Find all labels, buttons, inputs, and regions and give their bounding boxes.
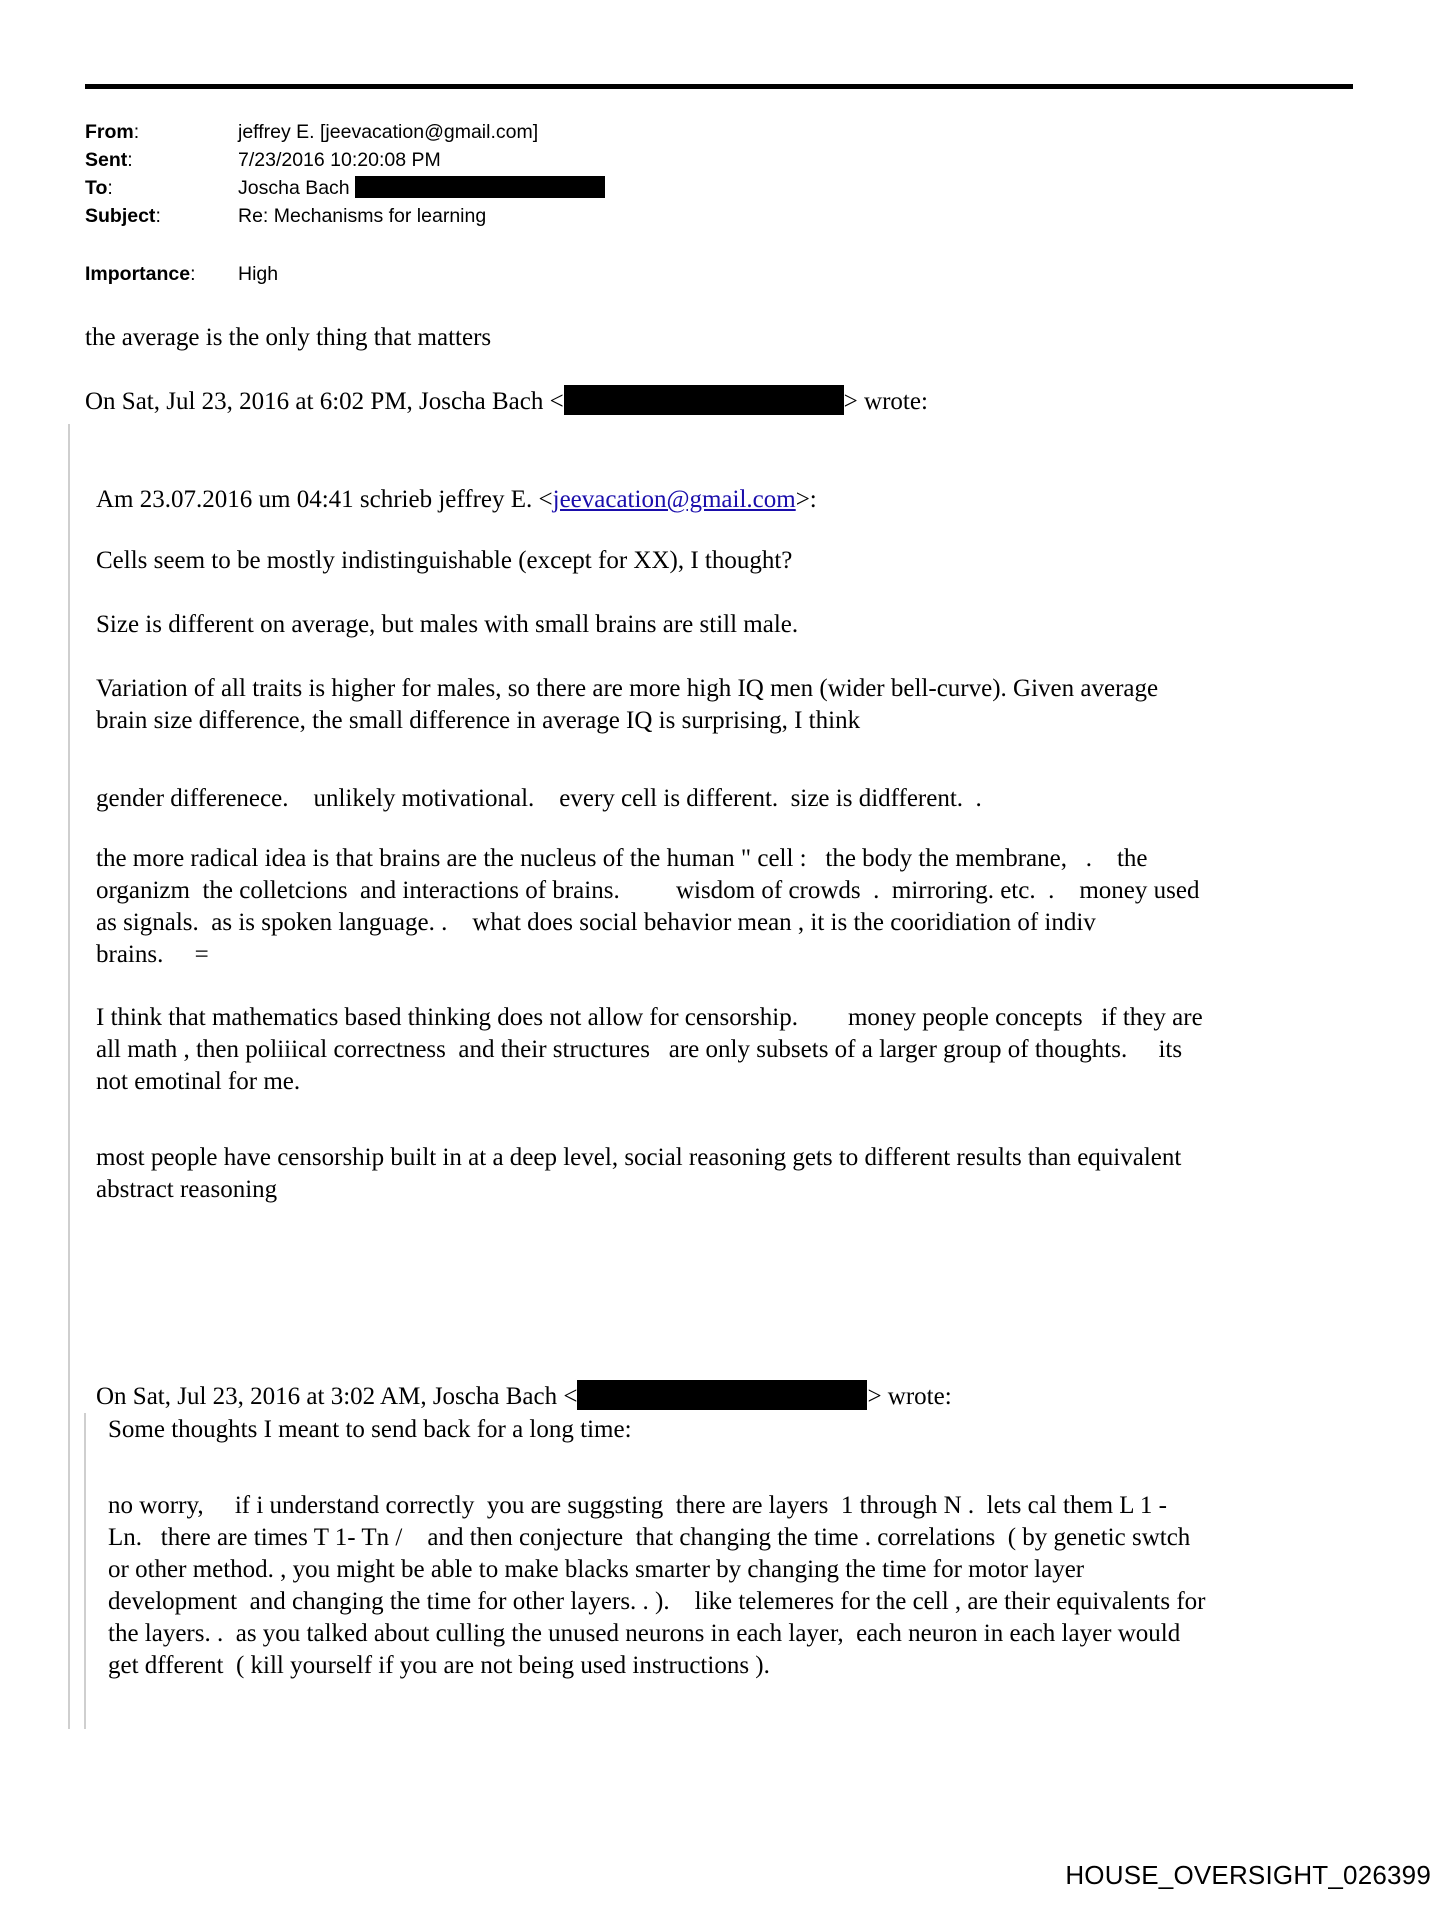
to-value: Joscha Bach (238, 174, 605, 202)
colon: : (190, 263, 195, 285)
colon: : (134, 121, 139, 143)
quote1-attribution: On Sat, Jul 23, 2016 at 6:02 PM, Joscha … (85, 386, 928, 418)
sent-value: 7/23/2016 10:20:08 PM (238, 146, 441, 174)
attribution-wrote: > wrote: (867, 1383, 951, 1410)
colon: : (107, 177, 112, 199)
attribution-text: Am 23.07.2016 um 04:41 schrieb jeffrey E… (96, 486, 553, 513)
from-value: jeffrey E. [jeevacation@gmail.com] (238, 118, 538, 146)
sent-label: Sent: (85, 146, 133, 174)
to-name: Joscha Bach (238, 177, 350, 199)
to-label-text: To (85, 177, 107, 199)
importance-label: Importance: (85, 260, 196, 288)
email-header: From: jeffrey E. [jeevacation@gmail.com]… (85, 118, 785, 298)
paragraph-radical-idea: the more radical idea is that brains are… (96, 843, 1199, 971)
header-rule (85, 84, 1353, 89)
german-attribution: Am 23.07.2016 um 04:41 schrieb jeffrey E… (96, 484, 817, 516)
to-row: To: Joscha Bach (85, 174, 785, 202)
to-label: To: (85, 174, 113, 202)
importance-row: Importance: High (85, 260, 785, 288)
from-label: From: (85, 118, 139, 146)
attribution-wrote: > wrote: (844, 388, 928, 415)
from-row: From: jeffrey E. [jeevacation@gmail.com] (85, 118, 785, 146)
paragraph-gender: gender differenece. unlikely motivationa… (96, 783, 982, 815)
sent-label-text: Sent (85, 149, 127, 171)
attribution-end: >: (796, 486, 817, 513)
paragraph-cells: Cells seem to be mostly indistinguishabl… (96, 545, 792, 577)
colon: : (155, 205, 160, 227)
paragraph-variation: Variation of all traits is higher for ma… (96, 673, 1158, 737)
subject-row: Subject: Re: Mechanisms for learning (85, 202, 785, 230)
quote-bar-outer (68, 424, 70, 1729)
sent-row: Sent: 7/23/2016 10:20:08 PM (85, 146, 785, 174)
email-link[interactable]: jeevacation@gmail.com (553, 486, 796, 513)
redaction-box (577, 1380, 867, 1410)
quote-bar-inner (84, 1413, 86, 1729)
subject-value: Re: Mechanisms for learning (238, 202, 486, 230)
paragraph-censorship: most people have censorship built in at … (96, 1142, 1181, 1206)
from-label-text: From (85, 121, 134, 143)
redaction-box (355, 176, 605, 198)
importance-label-text: Importance (85, 263, 190, 285)
redaction-box (564, 385, 844, 415)
subject-label: Subject: (85, 202, 161, 230)
colon: : (127, 149, 132, 171)
reply-text: the average is the only thing that matte… (85, 322, 491, 354)
quote2-paragraph: no worry, if i understand correctly you … (108, 1490, 1206, 1682)
importance-value: High (238, 260, 278, 288)
quote2-attribution: On Sat, Jul 23, 2016 at 3:02 AM, Joscha … (96, 1381, 952, 1413)
subject-label-text: Subject (85, 205, 155, 227)
quote2-intro: Some thoughts I meant to send back for a… (108, 1414, 632, 1446)
bates-number: HOUSE_OVERSIGHT_026399 (1065, 1860, 1431, 1891)
paragraph-size: Size is different on average, but males … (96, 609, 798, 641)
attribution-text: On Sat, Jul 23, 2016 at 3:02 AM, Joscha … (96, 1383, 577, 1410)
paragraph-mathematics: I think that mathematics based thinking … (96, 1002, 1203, 1098)
attribution-text: On Sat, Jul 23, 2016 at 6:02 PM, Joscha … (85, 388, 564, 415)
